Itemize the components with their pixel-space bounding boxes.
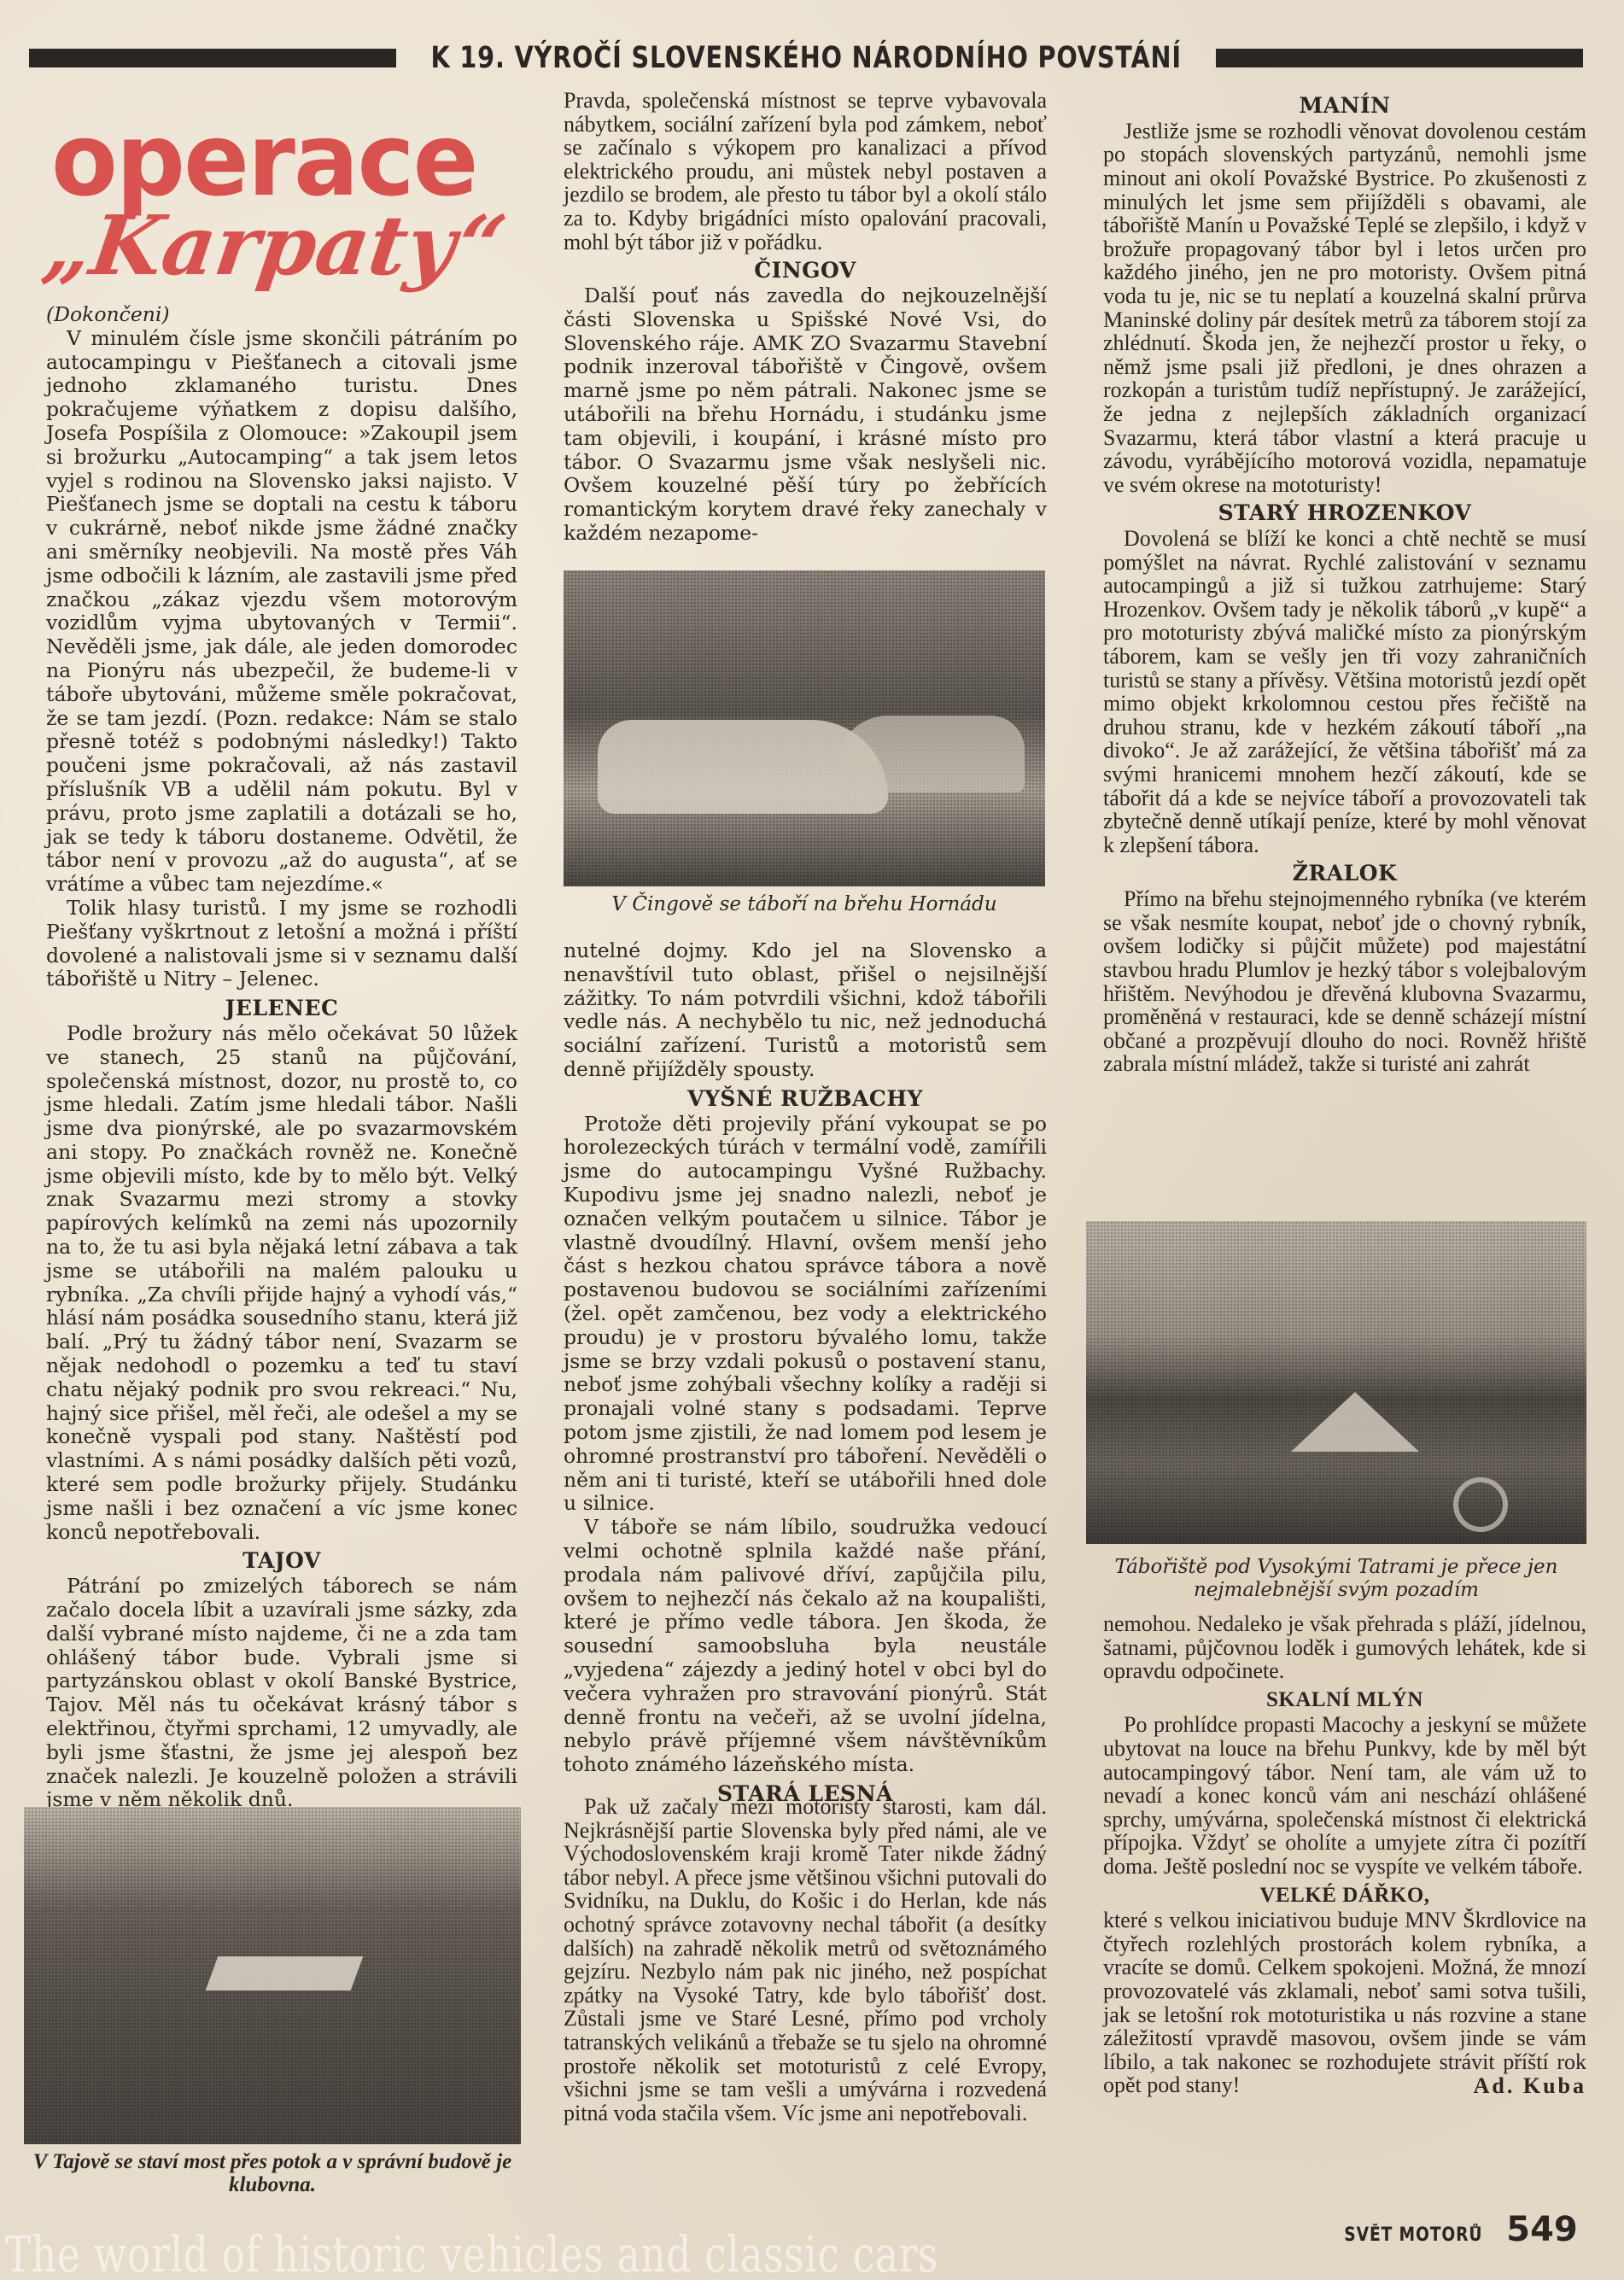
section-heading-tajov: TAJOV <box>46 1549 517 1573</box>
section-cingov: ČINGOV Další pouť nás zavedla do nejkouz… <box>564 259 1047 546</box>
photo-tajov <box>24 1807 521 2144</box>
magazine-page: K 19. VÝROČÍ SLOVENSKÉHO NÁRODNÍHO POVST… <box>0 0 1624 2280</box>
section-text-tajov: Pátrání po zmizelých táborech se nám zač… <box>46 1575 517 1812</box>
section-heading-manin: MANÍN <box>1103 94 1586 118</box>
photo-caption-tatry: Tábořiště pod Vysokými Tatrami je přece … <box>1086 1556 1586 1602</box>
section-text-zralok-cont: nemohou. Nedaleko je však přehrada s plá… <box>1103 1612 1586 1683</box>
continuation-paragraph: Pravda, společenská místnost se teprve v… <box>564 89 1047 254</box>
section-hrozenkov: STARÝ HROZENKOV <box>1103 501 1586 525</box>
section-text-skalni-mlyn: Po prohlídce propasti Macochy a jeskyní … <box>1103 1713 1586 1878</box>
section-heading-skalni-mlyn: SKALNÍ MLÝN <box>1103 1688 1586 1712</box>
section-skalni-mlyn: SKALNÍ MLÝN <box>1103 1688 1586 1712</box>
column-middle-top: Pravda, společenská místnost se teprve v… <box>564 89 1047 546</box>
section-heading-velke-darko: VELKÉ DÁŘKO, <box>1103 1884 1586 1908</box>
headline-line-2: „Karpaty“ <box>38 205 511 287</box>
photo-caption-cingov: V Čingově se táboří na břehu Hornádu <box>564 893 1045 916</box>
section-heading-hrozenkov: STARÝ HROZENKOV <box>1103 501 1586 525</box>
photo-cingov-cars <box>564 570 1045 886</box>
section-heading-ruzbachy: VYŠNÉ RUŽBACHY <box>564 1087 1047 1111</box>
section-text-velke-darko: které s velkou iniciativou buduje MNV Šk… <box>1103 1909 1586 2097</box>
headline-line-1: operace <box>51 109 477 210</box>
article-headline: operace „Karpaty“ <box>34 109 538 297</box>
section-text-cingov-cont: nutelné dojmy. Kdo jel na Slovensko a ne… <box>564 939 1047 1082</box>
column-left: (Dokončeni) V minulém čísle jsme skončil… <box>46 303 517 1812</box>
page-footer: SVĚT MOTORŮ 549 <box>1332 2210 1578 2249</box>
section-text-stara-lesna: Pak už začaly mezi motoristy starosti, k… <box>564 1795 1047 2125</box>
intro-paragraph-2: Tolik hlasy turistů. I my jsme se rozhod… <box>46 897 517 991</box>
section-text-ruzbachy-1: Protože děti projevily přání vykoupat se… <box>564 1113 1047 1517</box>
watermark-text: The world of historic vehicles and class… <box>5 2225 938 2280</box>
section-manin: MANÍN <box>1103 94 1586 118</box>
section-text-ruzbachy-2: V táboře se nám líbilo, soudružka vedouc… <box>564 1516 1047 1777</box>
column-middle-bottom: Pak už začaly mezi motoristy starosti, k… <box>564 1795 1047 2125</box>
section-text-cingov: Další pouť nás zavedla do nejkouzelnější… <box>564 284 1047 546</box>
page-number: 549 <box>1506 2210 1578 2249</box>
section-velke-darko: VELKÉ DÁŘKO, <box>1103 1884 1586 1908</box>
intro-paragraph-1: V minulém čísle jsme skončili pátráním p… <box>46 327 517 897</box>
section-text-hrozenkov: Dovolená se blíží ke konci a chtě nechtě… <box>1103 527 1586 856</box>
section-heading-jelenec: JELENEC <box>46 997 517 1020</box>
section-banner: K 19. VÝROČÍ SLOVENSKÉHO NÁRODNÍHO POVST… <box>29 41 1583 75</box>
photo-caption-tajov: V Tajově se staví most přes potok a v sp… <box>24 2150 521 2196</box>
magazine-name: SVĚT MOTORŮ <box>1344 2224 1482 2246</box>
column-right-bottom: nemohou. Nedaleko je však přehrada s plá… <box>1103 1612 1586 2097</box>
photo-tatry-camp <box>1086 1221 1586 1544</box>
section-heading-zralok: ŽRALOK <box>1103 862 1586 886</box>
column-right-top: MANÍN Jestliže jsme se rozhodli věnovat … <box>1103 89 1586 1076</box>
section-text-manin: Jestliže jsme se rozhodli věnovat dovole… <box>1103 120 1586 497</box>
section-text-zralok: Přímo na břehu stejnojmenného rybníka (v… <box>1103 887 1586 1076</box>
column-middle-mid: nutelné dojmy. Kdo jel na Slovensko a ne… <box>564 939 1047 1808</box>
section-text-jelenec: Podle brožury nás mělo očekávat 50 lůžek… <box>46 1022 517 1545</box>
banner-rule-left <box>29 49 396 67</box>
banner-title: K 19. VÝROČÍ SLOVENSKÉHO NÁRODNÍHO POVST… <box>421 41 1191 75</box>
section-heading-cingov: ČINGOV <box>564 259 1047 283</box>
section-zralok: ŽRALOK <box>1103 862 1586 886</box>
banner-rule-right <box>1216 49 1583 67</box>
continued-note: (Dokončeni) <box>46 303 517 327</box>
